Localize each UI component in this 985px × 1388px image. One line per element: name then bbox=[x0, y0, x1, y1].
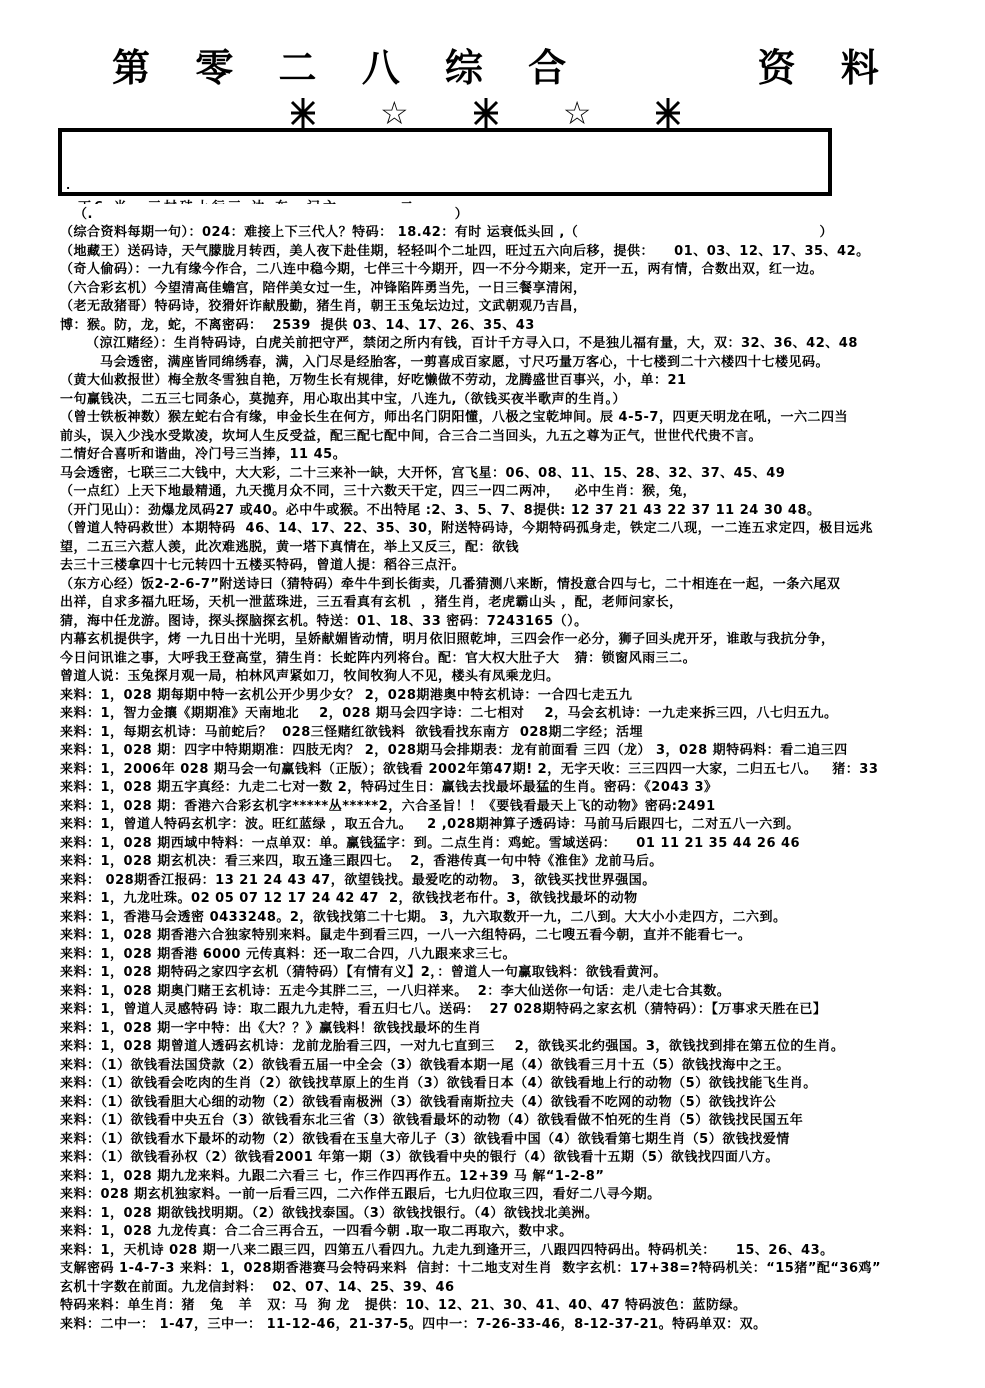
text-line: 来料：（1）欲钱看孙权（2）欲钱看2001 年第一期（3）欲钱看中央的银行（4）… bbox=[60, 1149, 985, 1168]
empty-frame-box: . bbox=[58, 128, 832, 196]
text-line: 猜，海中任龙游。图诗，探头探脑探玄机。特送：01、18、33 密码：724316… bbox=[60, 613, 985, 632]
text-line: 来料：1，九龙吐珠。02 05 07 12 17 24 42 47 2，欲钱找老… bbox=[60, 890, 985, 909]
text-line: 望，二五三六惹人羡，此次难逃脱，黄一塔下真情在，举上又反三，配：欲钱 bbox=[60, 539, 985, 558]
white-star-icon: ☆ bbox=[563, 98, 592, 128]
text-line: 一句赢钱决，二五三七同条心，莫抛弃，用心取出其中宝，八连九,（欲钱买夜半歌声的生… bbox=[60, 391, 985, 410]
text-line: 来料：1，028 期欲钱找明期。（2）欲钱找泰国。（3）欲钱找银行。（4）欲钱找… bbox=[60, 1205, 985, 1224]
text-line: （地藏王）送码诗，天气朦胧月转西，美人夜下赴佳期，轻轻叫个二址四，旺过五六向后移… bbox=[60, 243, 985, 262]
asterisk-star-icon bbox=[653, 98, 683, 128]
asterisk-star-icon bbox=[288, 98, 318, 128]
text-line: 马会透密，七联三二大钱中，大大彩，二十三来补一缺，大开怀，宫飞星：06、08、1… bbox=[60, 465, 985, 484]
text-line: 来料：1，曾道人特码玄机字：波。旺红蓝绿 ，取五合九。 2 ,028期神算子透码… bbox=[60, 816, 985, 835]
white-star-icon: ☆ bbox=[380, 98, 409, 128]
text-line: （东方心经）饭2-2-6-7”附送诗曰（猜特码）牵牛牛到长街卖，几番猜测八来断，… bbox=[60, 576, 985, 595]
asterisk-star-icon bbox=[471, 98, 501, 128]
text-line: 来料：1，028 期五字真经：九走二七对一数 2，特码过生日：赢钱去找最坏最猛的… bbox=[60, 779, 985, 798]
text-line: 支解密码 1-4-7-3 来料：1，028期香港赛马会特码来料 信封：十二地支对… bbox=[60, 1260, 985, 1279]
text-line: 来料：1，028 期一字中特：出《大？？》赢钱料！欲钱找最坏的生肖 bbox=[60, 1020, 985, 1039]
text-line: 来料：1，香港马会透密 0433248。2，欲钱找第二十七期。 3，九六取数开一… bbox=[60, 909, 985, 928]
text-line: 曾道人说：玉兔探月观一局，柏林风声紧如刀，牧间牧狗人不见，楼头有凤乘龙归。 bbox=[60, 668, 985, 687]
text-line: （涼江赌经）：生肖特码诗，白虎关前把守严，禁闭之所内有钱，百计千方寻入口，不是独… bbox=[86, 335, 985, 354]
text-line: 来料：028 期玄机独家料。一前一后看三四，二六作伴五跟后，七九归位取三四，看好… bbox=[60, 1186, 985, 1205]
text-line: 来料：1，028 期九龙来料。九跟二六看三 七，作三作四再作五。12+39 马 … bbox=[60, 1168, 985, 1187]
text-line: 内幕玄机提供字，烤 一九日出十光明，呈娇献媚皆动情，明月依旧照乾坤，三四会作一必… bbox=[60, 631, 985, 650]
text-line: 来料：1，智力金攘《期期准》天南地北 2，028 期马会四字诗：二七相对 2，马… bbox=[60, 705, 985, 724]
text-line: 马会透密，满座皆同绵绣春，满，入门尽是经胎客，一剪喜成百家愿，寸尺巧量万客心，十… bbox=[100, 354, 985, 373]
text-line: 来料：1，028 期玄机决：看三来四，取五逢三跟四七。 2，香港传真一句中特《淮… bbox=[60, 853, 985, 872]
text-line: 来料：（1）欲钱看中央五台（3）欲钱看东北三省（3）欲钱看最坏的动物（4）欲钱看… bbox=[60, 1112, 985, 1131]
text-line: 来料：二中一： 1-47，三中一： 11-12-46，21-37-5。四中一：7… bbox=[60, 1316, 985, 1335]
text-line: 博：猴。防，龙，蛇，不离密码： 2539 提供 03、14、17、26、35、4… bbox=[60, 317, 985, 336]
text-line: 特码来料：单生肖：猪 兔 羊 双：马 狗 龙 提供：10、12、21、30、41… bbox=[60, 1297, 985, 1316]
page-title: 第 零 二 八 综 合 资 料 bbox=[0, 0, 985, 90]
frame-corner-mark: . bbox=[66, 179, 70, 192]
text-line: 来料：（1）欲钱看胆大心细的动物（2）欲钱看南极洲（3）欲钱看南斯拉夫（4）欲钱… bbox=[60, 1094, 985, 1113]
text-line: （曾道人特码救世）本期特码 46、14、17、22、35、30，附送特码诗，今期… bbox=[60, 520, 985, 539]
stars-row: ☆☆ bbox=[288, 94, 985, 128]
text-line: 来料：1，曾道人灵感特码 诗：取二跟九九走特，看五归七八。送码： 27 028期… bbox=[60, 1001, 985, 1020]
text-line: （一点红）上天下地最精通，九天揽月众不同，三十六数天干定，四三一四二两冲， 必中… bbox=[60, 483, 985, 502]
text-line: 来料：1，028 期香港 6000 元传真料：还一取二合四，八九跟来求三七。 bbox=[60, 946, 985, 965]
text-line: （. ） bbox=[74, 206, 985, 225]
text-line: 来料：1，2006年 028 期马会一句赢钱料（正版）；欲钱看 2002年第47… bbox=[60, 761, 985, 780]
text-line: 来料：1，028 期奥门赌王玄机诗：五走今其胖二三，一八归祥来。 2：李大仙送你… bbox=[60, 983, 985, 1002]
text-line: 来料：1，028 期特码之家四字玄机（猜特码）【有情有义】2，：曾道人一句赢取钱… bbox=[60, 964, 985, 983]
text-line: 来料：1，028 期：四字中特期期准：四肢无肉？ 2，028期马会排期表：龙有前… bbox=[60, 742, 985, 761]
text-line: （六合彩玄机）今望清高佳蟾宫，陪伴美女过一生，冲锋陷阵勇当先，一日三餐享清闲， bbox=[60, 280, 985, 299]
text-line: 来料：1，每期玄机诗：马前蛇后？ 028三怪赌红欲钱料 欲钱看找东南方 028期… bbox=[60, 724, 985, 743]
text-line: 去三十三楼拿四十七元转四十五楼买特码，曾道人提：稻谷三点汗。 bbox=[60, 557, 985, 576]
text-line: （黄大仙救报世）梅全敖冬雪独自艳，万物生长有规律，好吃懒做不劳动，龙腾盛世百事兴… bbox=[60, 372, 985, 391]
text-line: 来料：（1）欲钱看会吃肉的生肖（2）欲钱找草原上的生肖（3）欲钱看日本（4）欲钱… bbox=[60, 1075, 985, 1094]
text-line: 今日问讯谁之事，大呼我王登高堂，猜生肖：长蛇阵内列将台。配：官大权大肚子大 猜：… bbox=[60, 650, 985, 669]
text-line: （开门见山）：劲爆龙凤码27 或40。必中牛或猴。不出特尾 :2、3、5、7、8… bbox=[60, 502, 985, 521]
text-line: 玄机十字数在前面。九龙信封料： 02、07、14、25、39、46 bbox=[60, 1279, 985, 1298]
text-line: 来料：（1）欲钱看水下最坏的动物（2）欲钱看在玉皇大帝儿子（3）欲钱看中国（4）… bbox=[60, 1131, 985, 1150]
text-line: 来料：1，028 九龙传真：合二合三再合五，一四看今朝 .取一取二再取六，数中求… bbox=[60, 1223, 985, 1242]
text-line: 来料：1，028 期：香港六合彩玄机字*****丛*****2，六合圣旨！！《要… bbox=[60, 798, 985, 817]
text-line: 出祥，自求多福九旺场，天机一泄蓝珠进，三五看真有玄机 ，猪生肖，老虎霸山头 ，配… bbox=[60, 594, 985, 613]
page: 第 零 二 八 综 合 资 料 ☆☆ . 一丁6 米─ 三村硅土行三 边 车一记… bbox=[0, 0, 985, 1388]
text-line: 来料：1，028 期西域中特料：一点单双：单。赢钱猛字：到。二点生肖：鸡蛇。雪域… bbox=[60, 835, 985, 854]
clipped-text-row: 一丁6 米─ 三村硅土行三 边 车一记六 一 二 ─ bbox=[62, 196, 822, 204]
text-line: 来料：（1）欲钱看法国贷款（2）欲钱看五届一中全会（3）欲钱看本期一尾（4）欲钱… bbox=[60, 1057, 985, 1076]
text-line: 来料：1，028 期每期中特一玄机公开少男少女？ 2，028期港奥中特玄机诗：一… bbox=[60, 687, 985, 706]
text-line: （老无敌猪哥）特码诗，狡猾奸诈献殷勤，猪生肖，朝王玉兔坛边过，文武朝观乃吉昌， bbox=[60, 298, 985, 317]
text-line: （奇人偷码）：一九有缘今作合，二八连中稳今期，七伴三十今期开，四一不分今期来，定… bbox=[60, 261, 985, 280]
text-line: 来料：1，天机诗 028 期一八来二跟三四，四第五八看四九。九走九到逢开三，八跟… bbox=[60, 1242, 985, 1261]
text-line: （曾士铁板神数）猴左蛇右合有缘，申金长生在何方，师出名门阴阳懂，八极之宝乾坤间。… bbox=[60, 409, 985, 428]
text-line: 二情好合喜听和谐曲，冷门号三当捧，11 45。 bbox=[60, 446, 985, 465]
text-line: 来料：1，028 期香港六合独家特别来料。鼠走牛到看三四，一八一六组特码，二七嗖… bbox=[60, 927, 985, 946]
text-line: 前头，误入少浅水受欺凌，坎坷人生反受益，配三配七配中间，合三合二当回头，九五之尊… bbox=[60, 428, 985, 447]
text-line: （综合资料每期一句）：024：难接上下三代人？特码： 18.42：有时 运衰低头… bbox=[60, 224, 985, 243]
content-lines: （. ）（综合资料每期一句）：024：难接上下三代人？特码： 18.42：有时 … bbox=[0, 206, 985, 1335]
text-line: 来料： 028期香江报码：13 21 24 43 47，欲望钱找。最爱吃的动物。… bbox=[60, 872, 985, 891]
text-line: 来料：1，028 期曾道人透码玄机诗：龙前龙胎看三四，一对九七直到三 2，欲钱买… bbox=[60, 1038, 985, 1057]
